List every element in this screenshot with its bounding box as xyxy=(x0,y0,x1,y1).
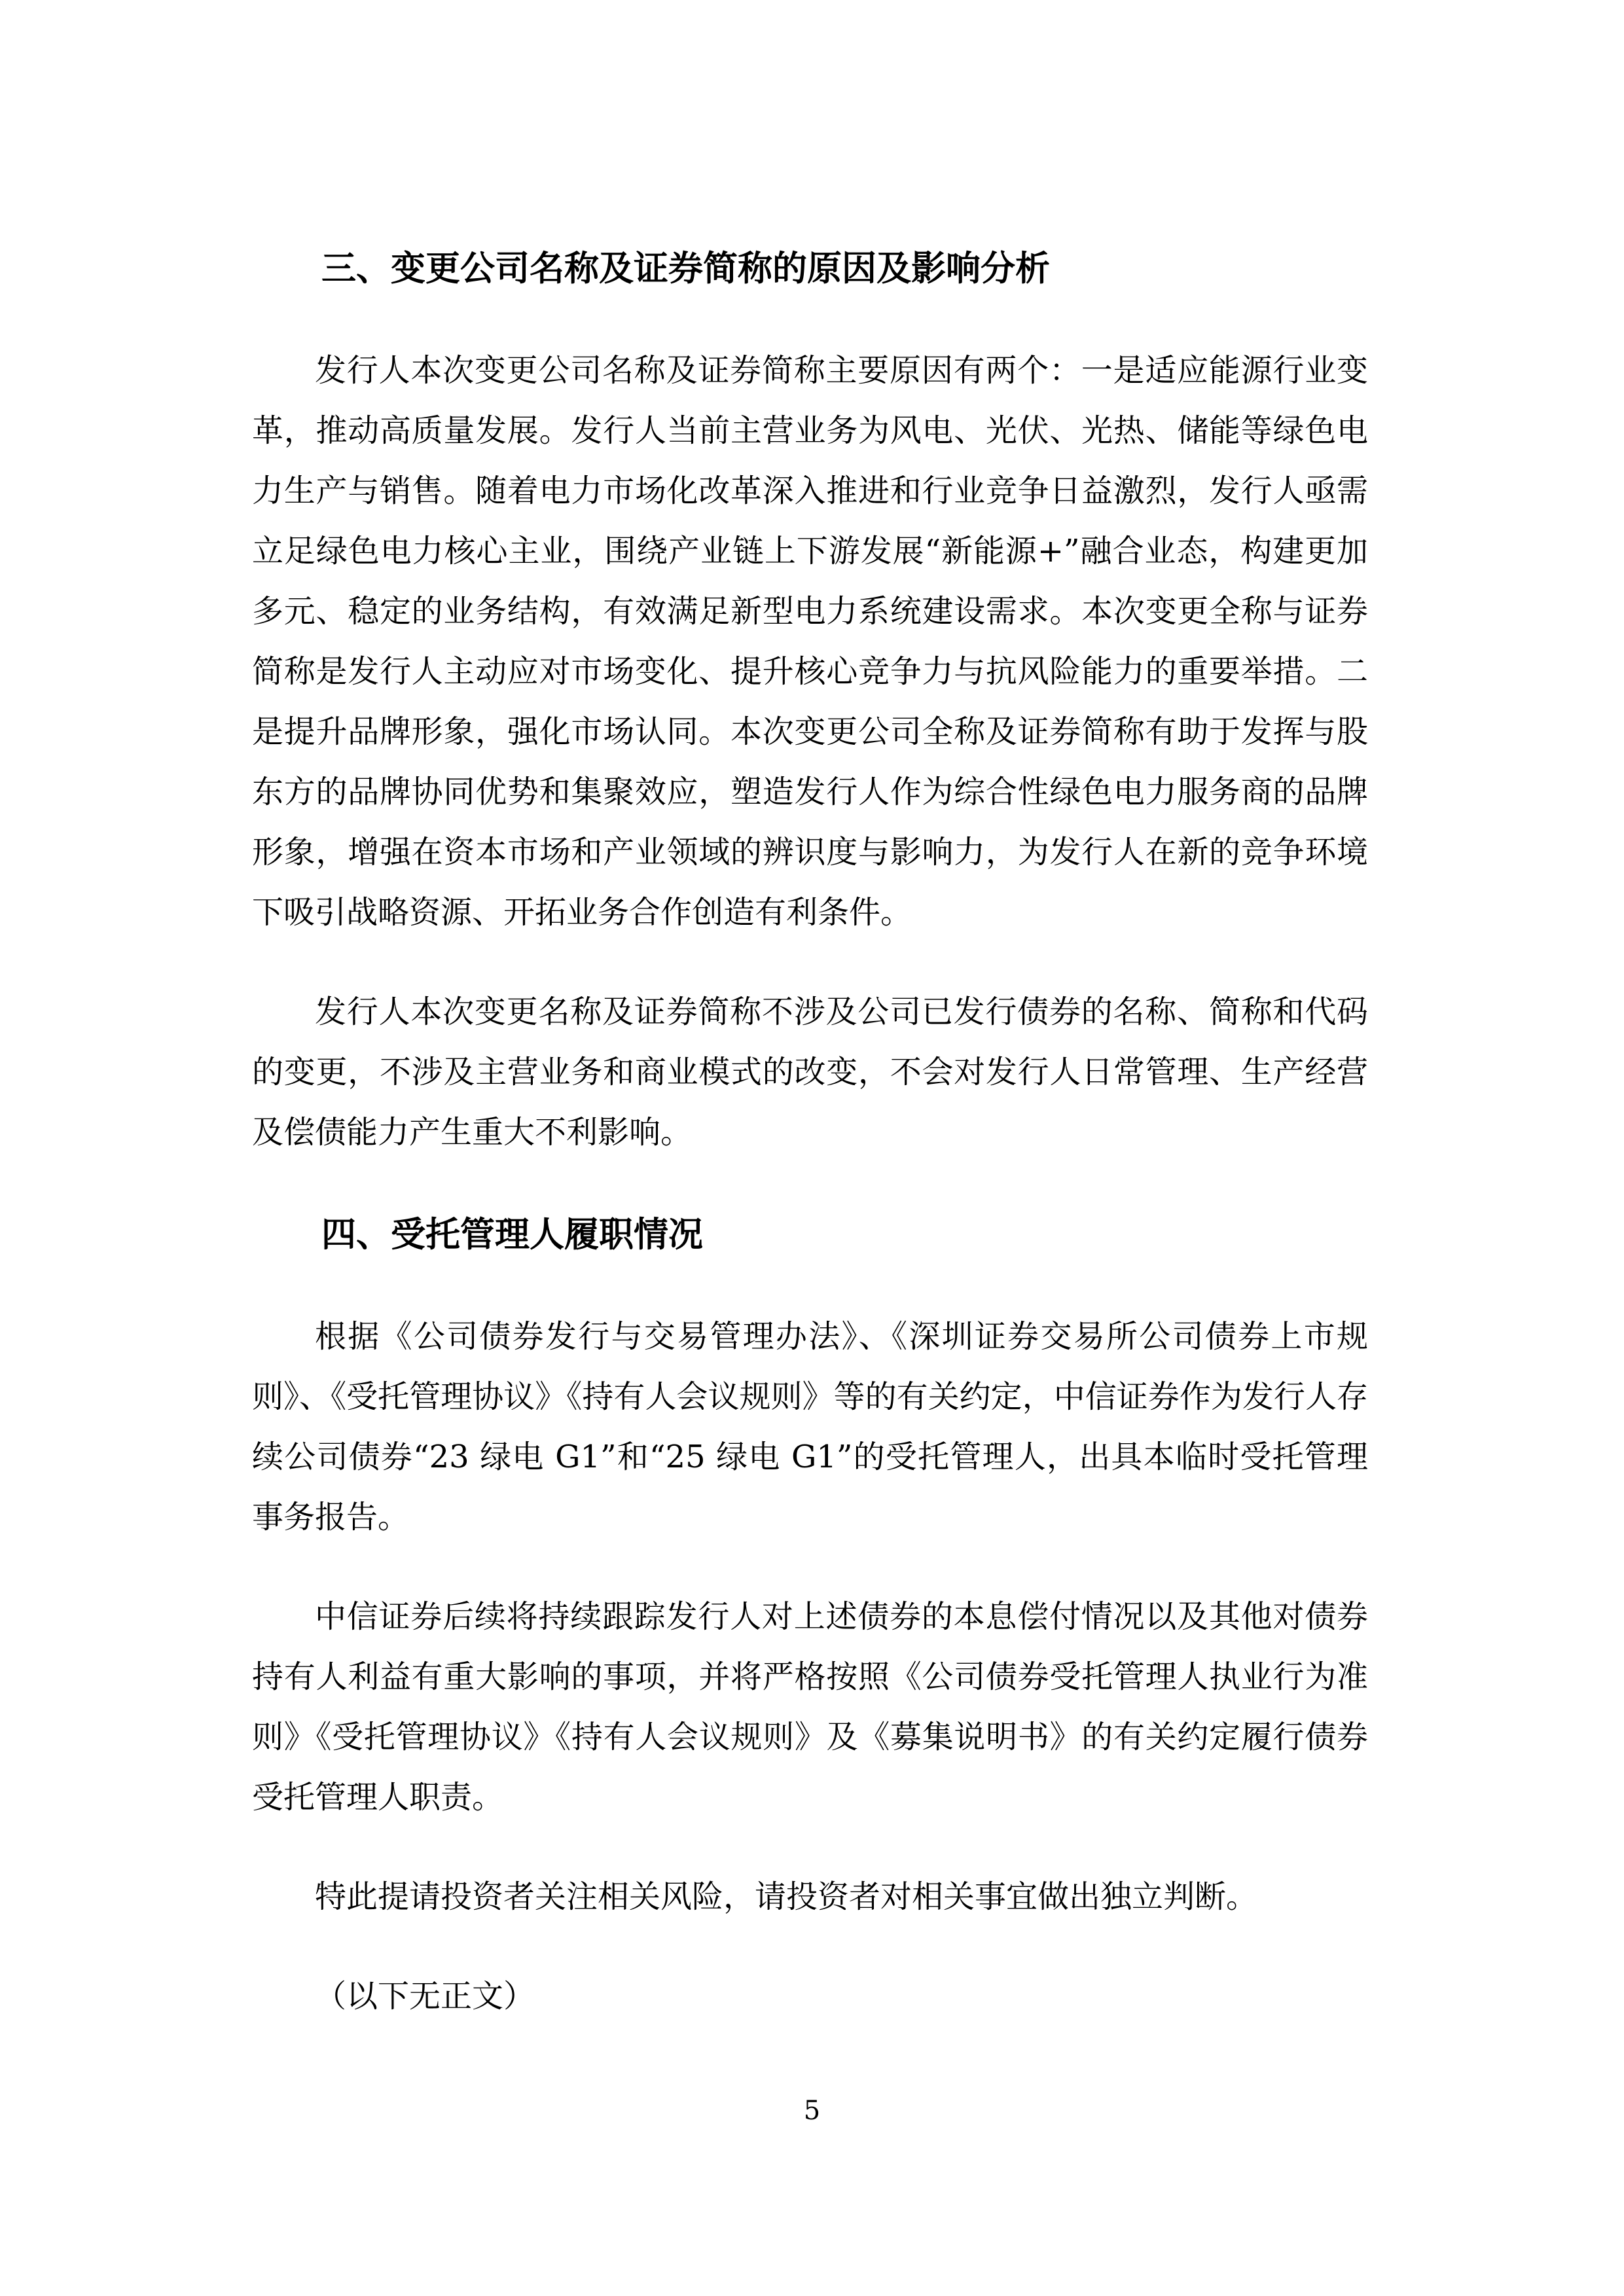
body-paragraph: 特此提请投资者关注相关风险，请投资者对相关事宜做出独立判断。 xyxy=(252,1867,1368,1927)
section-heading-4: 四、受托管理人履职情况 xyxy=(252,1208,1368,1261)
document-page: 三、变更公司名称及证券简称的原因及影响分析 发行人本次变更公司名称及证券简称主要… xyxy=(0,0,1624,2296)
body-paragraph: 发行人本次变更名称及证券简称不涉及公司已发行债券的名称、简称和代码的变更，不涉及… xyxy=(252,982,1368,1162)
body-paragraph: 中信证券后续将持续跟踪发行人对上述债券的本息偿付情况以及其他对债券持有人利益有重… xyxy=(252,1587,1368,1827)
section-heading-3: 三、变更公司名称及证券简称的原因及影响分析 xyxy=(252,242,1368,295)
page-number: 5 xyxy=(0,2094,1624,2127)
body-paragraph-no-more-text: （以下无正文） xyxy=(252,1966,1368,2026)
body-paragraph: 根据《公司债券发行与交易管理办法》、《深圳证券交易所公司债券上市规则》、《受托管… xyxy=(252,1306,1368,1547)
document-content: 三、变更公司名称及证券简称的原因及影响分析 发行人本次变更公司名称及证券简称主要… xyxy=(252,242,1368,2066)
body-paragraph: 发行人本次变更公司名称及证券简称主要原因有两个：一是适应能源行业变革，推动高质量… xyxy=(252,340,1368,942)
